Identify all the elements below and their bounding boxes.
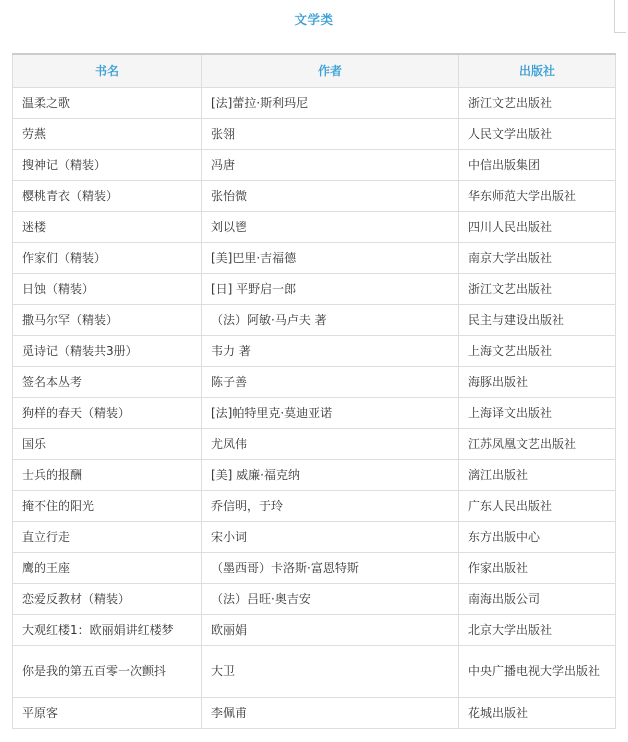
book-publisher: 海豚出版社 <box>459 366 616 397</box>
book-publisher: 东方出版中心 <box>459 521 616 552</box>
table-row: 迷楼 刘以鬯 四川人民出版社 <box>13 211 616 242</box>
table-row: 恋爱反教材（精装） （法）吕旺·奥吉安 南海出版公司 <box>13 583 616 614</box>
table-row: 樱桃青衣（精装） 张怡微 华东师范大学出版社 <box>13 180 616 211</box>
book-title: 觅诗记（精装共3册） <box>13 335 202 366</box>
book-publisher: 浙江文艺出版社 <box>459 87 616 118</box>
table-row: 温柔之歌 [法]蕾拉·斯利玛尼 浙江文艺出版社 <box>13 87 616 118</box>
book-author: 宋小词 <box>202 521 459 552</box>
book-title: 士兵的报酬 <box>13 459 202 490</box>
book-title: 签名本丛考 <box>13 366 202 397</box>
book-title: 撒马尔罕（精装） <box>13 304 202 335</box>
header-publisher: 出版社 <box>459 54 616 87</box>
book-title: 平原客 <box>13 697 202 728</box>
table-header-row: 书名 作者 出版社 <box>13 54 616 87</box>
table-row: 签名本丛考 陈子善 海豚出版社 <box>13 366 616 397</box>
book-publisher: 华东师范大学出版社 <box>459 180 616 211</box>
book-author: 张翎 <box>202 118 459 149</box>
table-row: 搜神记（精装） 冯唐 中信出版集团 <box>13 149 616 180</box>
book-author: 大卫 <box>202 645 459 697</box>
book-author: [美] 威廉·福克纳 <box>202 459 459 490</box>
table-row: 鹰的王座 （墨西哥）卡洛斯·富恩特斯 作家出版社 <box>13 552 616 583</box>
book-publisher: 人民文学出版社 <box>459 118 616 149</box>
book-author: 李佩甫 <box>202 697 459 728</box>
book-publisher: 民主与建设出版社 <box>459 304 616 335</box>
table-row: 作家们（精装） [美]巴里·吉福德 南京大学出版社 <box>13 242 616 273</box>
book-publisher: 广东人民出版社 <box>459 490 616 521</box>
book-title: 作家们（精装） <box>13 242 202 273</box>
book-publisher: 四川人民出版社 <box>459 211 616 242</box>
table-row: 掩不住的阳光 乔信明，于玲 广东人民出版社 <box>13 490 616 521</box>
book-publisher: 上海文艺出版社 <box>459 335 616 366</box>
book-title: 温柔之歌 <box>13 87 202 118</box>
book-author: 刘以鬯 <box>202 211 459 242</box>
book-title: 你是我的第五百零一次颤抖 <box>13 645 202 697</box>
table-row: 国乐 尤凤伟 江苏凤凰文艺出版社 <box>13 428 616 459</box>
table-row: 觅诗记（精装共3册） 韦力 著 上海文艺出版社 <box>13 335 616 366</box>
book-title: 劳燕 <box>13 118 202 149</box>
book-publisher: 上海译文出版社 <box>459 397 616 428</box>
book-title: 搜神记（精装） <box>13 149 202 180</box>
book-author: [美]巴里·吉福德 <box>202 242 459 273</box>
table-row: 士兵的报酬 [美] 威廉·福克纳 漓江出版社 <box>13 459 616 490</box>
book-title: 鹰的王座 <box>13 552 202 583</box>
book-title: 大观红楼1：欧丽娟讲红楼梦 <box>13 614 202 645</box>
header-author: 作者 <box>202 54 459 87</box>
book-author: 乔信明，于玲 <box>202 490 459 521</box>
table-row: 狗样的春天（精装） [法]帕特里克·莫迪亚诺 上海译文出版社 <box>13 397 616 428</box>
header-title: 书名 <box>13 54 202 87</box>
table-row: 劳燕 张翎 人民文学出版社 <box>13 118 616 149</box>
section-title: 文学类 <box>0 10 628 28</box>
book-author: 欧丽娟 <box>202 614 459 645</box>
table-row: 撒马尔罕（精装） （法）阿敏·马卢夫 著 民主与建设出版社 <box>13 304 616 335</box>
book-author: 冯唐 <box>202 149 459 180</box>
book-author: （法）阿敏·马卢夫 著 <box>202 304 459 335</box>
book-publisher: 浙江文艺出版社 <box>459 273 616 304</box>
table-row: 你是我的第五百零一次颤抖 大卫 中央广播电视大学出版社 <box>13 645 616 697</box>
book-publisher: 南海出版公司 <box>459 583 616 614</box>
book-publisher: 作家出版社 <box>459 552 616 583</box>
table-row: 大观红楼1：欧丽娟讲红楼梦 欧丽娟 北京大学出版社 <box>13 614 616 645</box>
book-author: （法）吕旺·奥吉安 <box>202 583 459 614</box>
book-publisher: 江苏凤凰文艺出版社 <box>459 428 616 459</box>
book-title: 直立行走 <box>13 521 202 552</box>
book-publisher: 中信出版集团 <box>459 149 616 180</box>
book-author: [法]蕾拉·斯利玛尼 <box>202 87 459 118</box>
book-author: 陈子善 <box>202 366 459 397</box>
book-publisher: 北京大学出版社 <box>459 614 616 645</box>
book-author: 韦力 著 <box>202 335 459 366</box>
book-author: （墨西哥）卡洛斯·富恩特斯 <box>202 552 459 583</box>
book-author: 张怡微 <box>202 180 459 211</box>
book-title: 日蚀（精装） <box>13 273 202 304</box>
book-author: [日] 平野启一郎 <box>202 273 459 304</box>
book-publisher: 南京大学出版社 <box>459 242 616 273</box>
book-title: 恋爱反教材（精装） <box>13 583 202 614</box>
book-table: 书名 作者 出版社 温柔之歌 [法]蕾拉·斯利玛尼 浙江文艺出版社 劳燕 张翎 … <box>12 53 616 729</box>
book-title: 迷楼 <box>13 211 202 242</box>
table-row: 直立行走 宋小词 东方出版中心 <box>13 521 616 552</box>
book-publisher: 漓江出版社 <box>459 459 616 490</box>
book-publisher: 花城出版社 <box>459 697 616 728</box>
book-title: 国乐 <box>13 428 202 459</box>
table-row: 日蚀（精装） [日] 平野启一郎 浙江文艺出版社 <box>13 273 616 304</box>
book-title: 狗样的春天（精装） <box>13 397 202 428</box>
table-row: 平原客 李佩甫 花城出版社 <box>13 697 616 728</box>
book-title: 掩不住的阳光 <box>13 490 202 521</box>
book-author: 尤凤伟 <box>202 428 459 459</box>
book-publisher: 中央广播电视大学出版社 <box>459 645 616 697</box>
book-title: 樱桃青衣（精装） <box>13 180 202 211</box>
book-author: [法]帕特里克·莫迪亚诺 <box>202 397 459 428</box>
